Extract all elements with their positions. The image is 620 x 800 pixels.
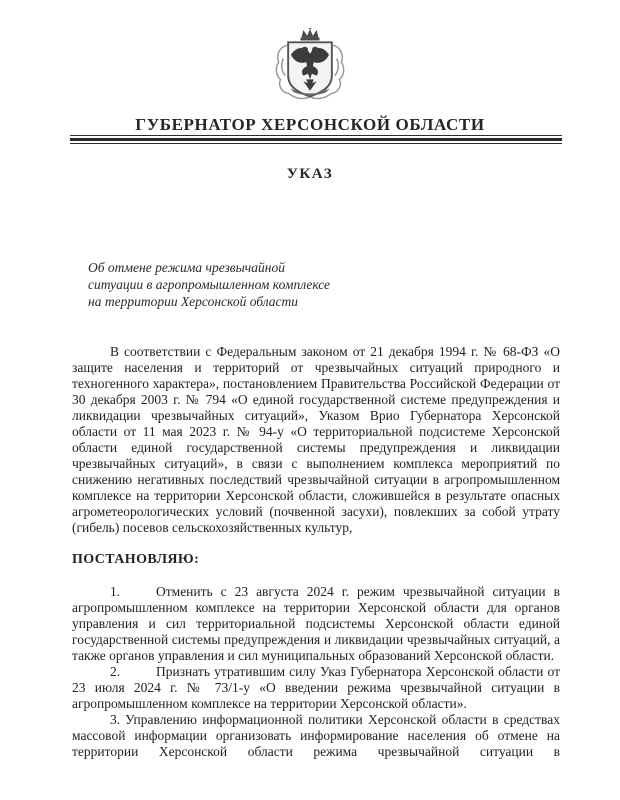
item-number: 1.	[110, 584, 156, 600]
separator-line-under	[70, 143, 562, 144]
decree-document-page: ГУБЕРНАТОР ХЕРСОНСКОЙ ОБЛАСТИ УКАЗ Об от…	[0, 0, 620, 800]
decree-item-1: 1.Отменить с 23 августа 2024 г. режим чр…	[72, 584, 560, 664]
coat-of-arms-icon	[272, 28, 348, 108]
separator-line-thick	[70, 138, 562, 141]
document-type-title: УКАЗ	[0, 166, 620, 183]
preamble-paragraph: В соответствии с Федеральным законом от …	[72, 344, 560, 536]
item-text: Управлению информационной политики Херсо…	[72, 712, 560, 759]
decree-item-3: 3.Управлению информационной политики Хер…	[72, 712, 560, 760]
header-separator	[70, 135, 562, 144]
document-body: Об отмене режима чрезвычайной ситуации в…	[72, 259, 560, 760]
item-number: 2.	[110, 664, 156, 680]
document-header: ГУБЕРНАТОР ХЕРСОНСКОЙ ОБЛАСТИ УКАЗ	[0, 28, 620, 183]
decree-subject: Об отмене режима чрезвычайной ситуации в…	[88, 259, 334, 310]
coat-of-arms-emblem	[271, 28, 349, 113]
decree-item-2: 2.Признать утратившим силу Указ Губернат…	[72, 664, 560, 712]
issuing-authority-title: ГУБЕРНАТОР ХЕРСОНСКОЙ ОБЛАСТИ	[0, 115, 620, 134]
separator-line-thin	[70, 135, 562, 136]
item-number: 3.	[110, 712, 120, 727]
resolution-keyword: ПОСТАНОВЛЯЮ:	[72, 552, 560, 568]
emblem-crown	[301, 28, 320, 40]
